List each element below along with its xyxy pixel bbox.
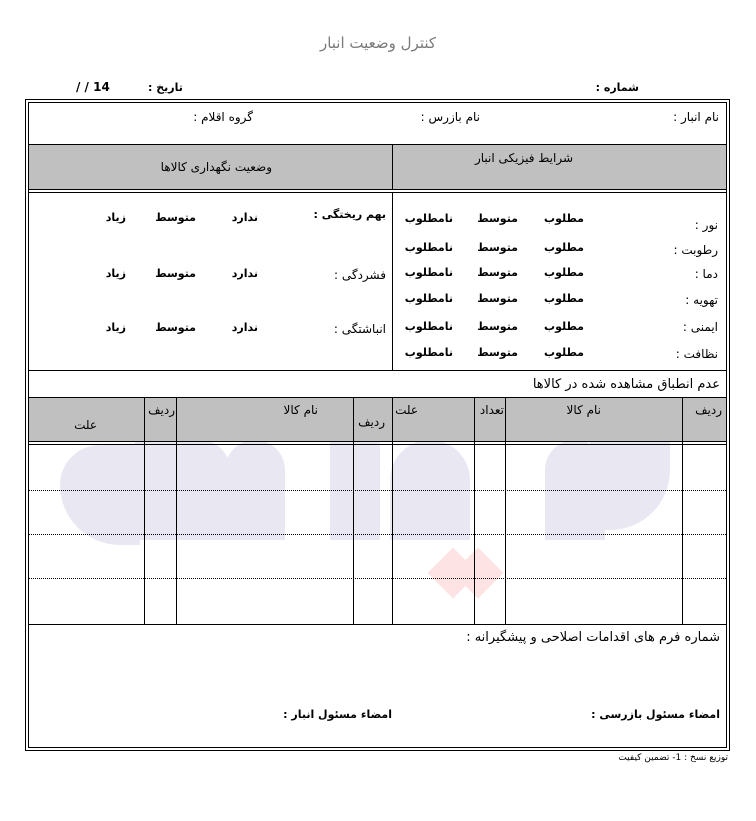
table-row[interactable] [29, 579, 726, 624]
condition-label-safety: ایمنی : [683, 320, 718, 334]
table-row[interactable] [29, 491, 726, 534]
option-average[interactable]: متوسط [477, 320, 518, 333]
status-label-accumulation: انباشتگی : [334, 322, 386, 336]
physical-conditions-title: شرایط فیزیکی انبار [475, 151, 573, 165]
option-desirable[interactable]: مطلوب [544, 212, 584, 225]
option-average[interactable]: متوسط [477, 241, 518, 254]
option-desirable[interactable]: مطلوب [544, 241, 584, 254]
distribution-note: توزیع نسخ : 1- تضمین کیفیت [618, 753, 728, 763]
option-none[interactable]: ندارد [232, 211, 258, 224]
status-label-compression: فشردگی : [334, 268, 386, 282]
col-header-row-number-2: ردیف [358, 415, 385, 429]
option-none[interactable]: ندارد [232, 321, 258, 334]
option-average[interactable]: متوسط [477, 292, 518, 305]
item-group-label: گروه اقلام : [193, 110, 253, 124]
option-medium[interactable]: متوسط [155, 211, 196, 224]
option-undesirable[interactable]: نامطلوب [405, 320, 453, 333]
status-label-disorder: بهم ریختگی : [314, 208, 386, 221]
warehouse-signature-label: امضاء مسئول انبار : [283, 708, 392, 721]
option-undesirable[interactable]: نامطلوب [405, 292, 453, 305]
col-header-item-name: نام کالا [567, 403, 601, 417]
condition-label-temperature: دما : [695, 267, 718, 281]
condition-label-ventilation: تهویه : [685, 293, 718, 307]
option-desirable[interactable]: مطلوب [544, 292, 584, 305]
condition-label-light: نور : [695, 218, 718, 232]
col-header-row-number-3: ردیف [148, 403, 175, 417]
table-row[interactable] [29, 445, 726, 490]
col-header-reason-2: علت [74, 418, 97, 432]
condition-label-cleanliness: نظافت : [676, 347, 718, 361]
option-medium[interactable]: متوسط [155, 321, 196, 334]
option-high[interactable]: زیاد [106, 211, 126, 224]
col-header-quantity: تعداد [480, 403, 504, 417]
option-undesirable[interactable]: نامطلوب [405, 266, 453, 279]
col-header-item-name-2: نام کالا [284, 403, 318, 417]
section-header-bar [29, 145, 726, 189]
date-label: تاریخ : [148, 81, 183, 94]
option-high[interactable]: زیاد [106, 321, 126, 334]
option-desirable[interactable]: مطلوب [544, 266, 584, 279]
storage-status-title: وضعیت نگهداری کالاها [161, 160, 272, 174]
number-label: شماره : [596, 81, 639, 94]
inspector-signature-label: امضاء مسئول بازرسی : [591, 708, 720, 721]
col-header-row-number: ردیف [695, 403, 722, 417]
option-desirable[interactable]: مطلوب [544, 320, 584, 333]
option-medium[interactable]: متوسط [155, 267, 196, 280]
option-average[interactable]: متوسط [477, 346, 518, 359]
option-average[interactable]: متوسط [477, 266, 518, 279]
option-average[interactable]: متوسط [477, 212, 518, 225]
inspector-name-label: نام بازرس : [421, 110, 480, 124]
option-undesirable[interactable]: نامطلوب [405, 346, 453, 359]
table-row[interactable] [29, 535, 726, 578]
option-undesirable[interactable]: نامطلوب [405, 241, 453, 254]
nonconformity-title: عدم انطباق مشاهده شده در کالاها [533, 377, 720, 392]
date-value: / / 14 [76, 80, 110, 94]
col-header-reason: علت [395, 403, 418, 417]
corrective-forms-label: شماره فرم های اقدامات اصلاحی و پیشگیرانه… [466, 630, 720, 645]
option-desirable[interactable]: مطلوب [544, 346, 584, 359]
option-none[interactable]: ندارد [232, 267, 258, 280]
condition-label-humidity: رطوبت : [673, 243, 718, 257]
option-high[interactable]: زیاد [106, 267, 126, 280]
warehouse-name-label: نام انبار : [673, 110, 719, 124]
document-title: کنترل وضعیت انبار [0, 34, 756, 52]
option-undesirable[interactable]: نامطلوب [405, 212, 453, 225]
